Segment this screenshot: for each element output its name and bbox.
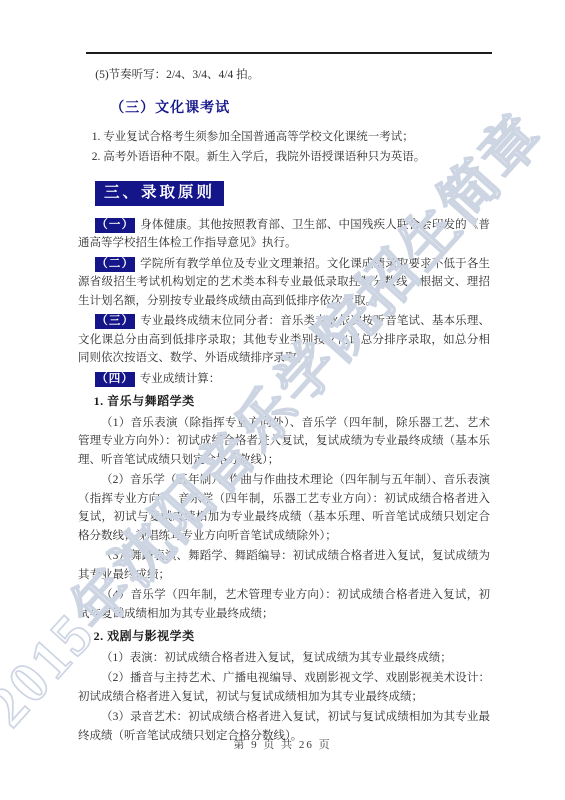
category-music-dance-heading: 1. 音乐与舞蹈学类: [78, 392, 490, 411]
header-rule: [86, 52, 492, 54]
document-body: (5)节奏听写：2/4、3/4、4/4 拍。 （三）文化课考试 1. 专业复试合…: [78, 66, 490, 747]
principle-2-marker-badge: （二）: [95, 257, 135, 272]
principle-1-text: 身体健康。其他按照教育部、卫生部、中国残疾人联合会印发的《普通高等学校招生体检工…: [78, 219, 490, 250]
admission-principles-title: 三、录取原则: [95, 181, 224, 206]
principle-2-text: 学院所有教学单位及专业文理兼招。文化课成绩录取要求不低于各生源省级招生考试机构划…: [78, 258, 490, 307]
music-dance-item-3: （3）舞蹈表演、舞蹈学、舞蹈编导：初试成绩合格者进入复试，复试成绩为其专业最终成…: [78, 547, 490, 584]
principle-3-text: 专业最终成绩末位同分者：音乐类专业依次按听音笔试、基本乐理、文化课总分由高到低排…: [78, 315, 490, 364]
principle-3-marker-badge: （三）: [95, 314, 135, 329]
page-number: 第 9 页 共 26 页: [0, 736, 565, 752]
principle-4: （四）专业成绩计算：: [78, 370, 490, 389]
drama-film-item-1: （1）表演：初试成绩合格者进入复试，复试成绩为其专业最终成绩；: [78, 649, 490, 668]
para-rhythm-dictation: (5)节奏听写：2/4、3/4、4/4 拍。: [78, 66, 490, 85]
section-admission-principles: 三、录取原则: [95, 181, 490, 206]
culture-item-1: 1. 专业复试合格考生须参加全国普通高等学校文化课统一考试；: [78, 128, 490, 147]
principle-4-text: 专业成绩计算：: [140, 373, 221, 385]
principle-1-marker-badge: （一）: [95, 218, 135, 233]
music-dance-item-1: （1）音乐表演（除指挥专业方向外）、音乐学（四年制，除乐器工艺、艺术管理专业方向…: [78, 414, 490, 470]
culture-item-2: 2. 高考外语语种不限。新生入学后，我院外语授课语种只为英语。: [78, 148, 490, 167]
heading-culture-exam: （三）文化课考试: [78, 99, 490, 119]
document-page: 2015年沈阳音乐学院招生简章 (5)节奏听写：2/4、3/4、4/4 拍。 （…: [0, 0, 565, 800]
category-drama-film-heading: 2. 戏剧与影视学类: [78, 627, 490, 646]
principle-1: （一）身体健康。其他按照教育部、卫生部、中国残疾人联合会印发的《普通高等学校招生…: [78, 216, 490, 253]
principle-3: （三）专业最终成绩末位同分者：音乐类专业依次按听音笔试、基本乐理、文化课总分由高…: [78, 312, 490, 368]
music-dance-item-2: （2）音乐学（五年制）、作曲与作曲技术理论（四年制与五年制）、音乐表演（指挥专业…: [78, 471, 490, 545]
drama-film-item-2: （2）播音与主持艺术、广播电视编导、戏剧影视文学、戏剧影视美术设计：初试成绩合格…: [78, 669, 490, 706]
principle-4-marker-badge: （四）: [95, 372, 135, 387]
music-dance-item-4: （4）音乐学（四年制，艺术管理专业方向）：初试成绩合格者进入复试，初试与复试成绩…: [78, 586, 490, 623]
principle-2: （二）学院所有教学单位及专业文理兼招。文化课成绩录取要求不低于各生源省级招生考试…: [78, 255, 490, 311]
